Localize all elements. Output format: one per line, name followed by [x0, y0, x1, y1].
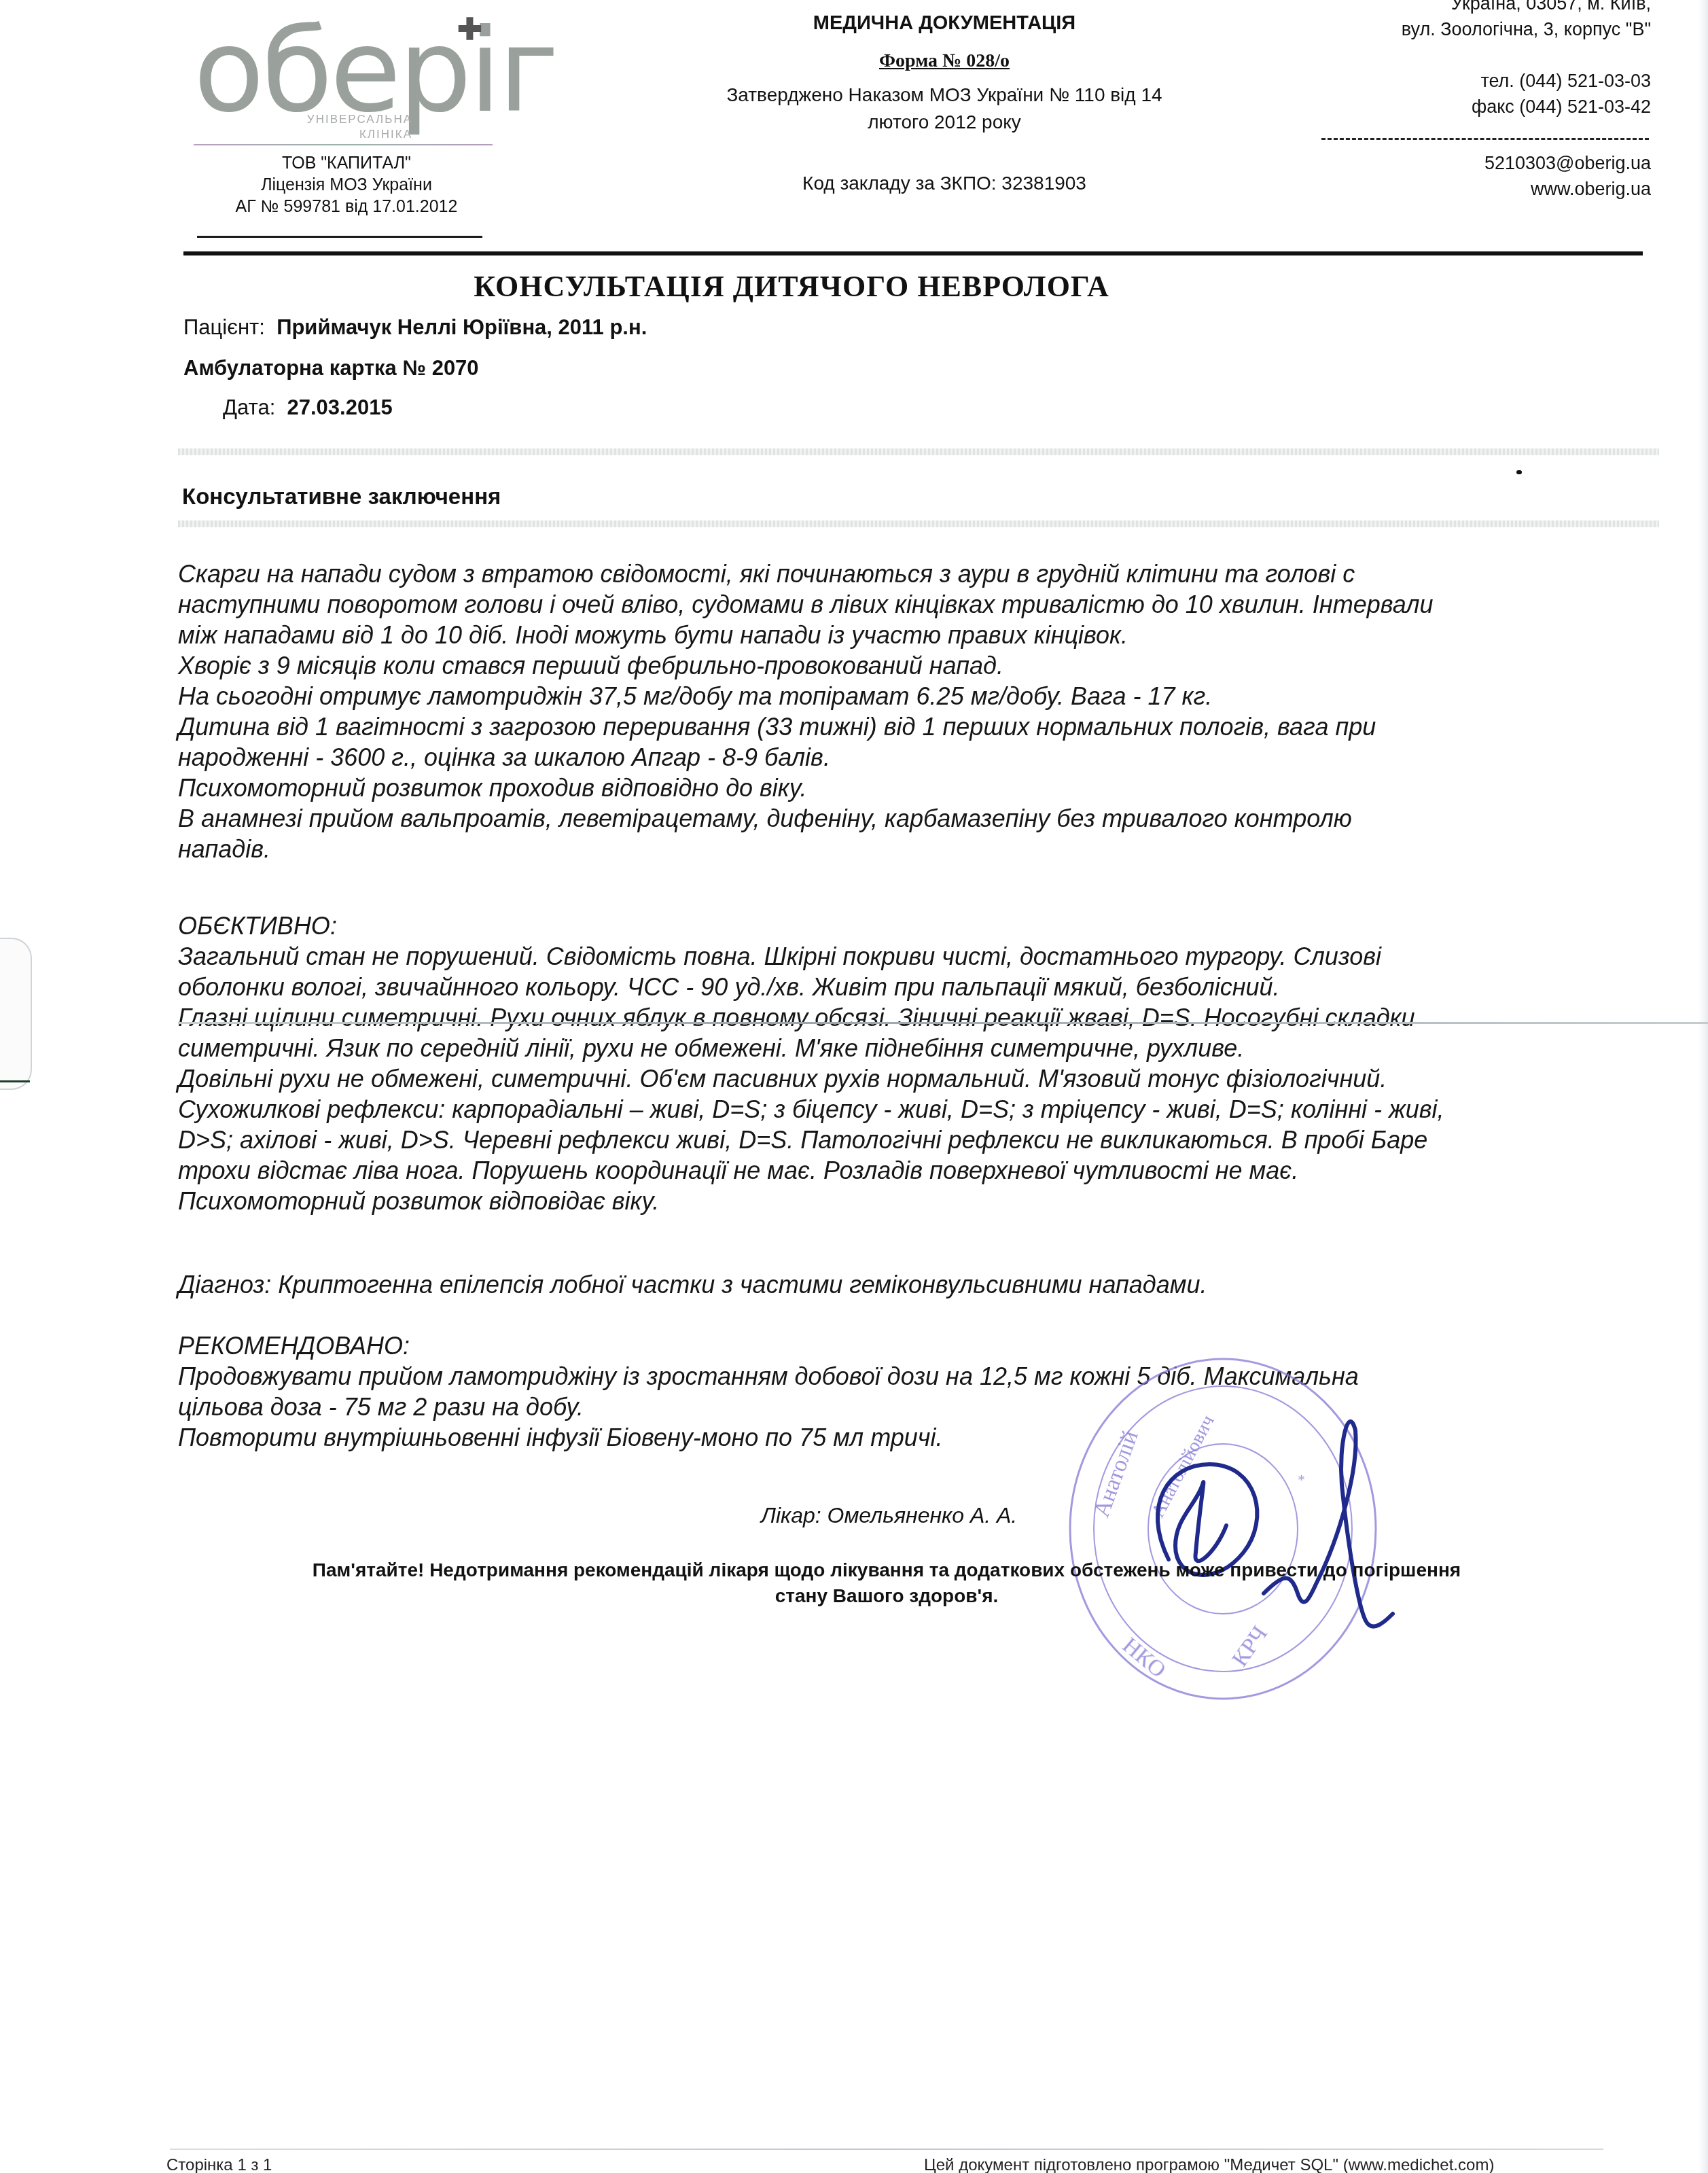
text-line: цільова доза - 75 мг 2 рази на добу. — [178, 1392, 1659, 1422]
logo-divider — [194, 144, 493, 145]
section-band-bottom — [178, 520, 1659, 527]
objective-heading: ОБЄКТИВНО: — [178, 911, 1659, 941]
logo-subtitle: УНІВЕРСАЛЬНА КЛІНІКА — [270, 112, 412, 142]
paper-fold-crease — [178, 1022, 1708, 1024]
recommendations-heading: РЕКОМЕНДОВАНО: — [178, 1330, 1659, 1361]
text-line: між нападами від 1 до 10 діб. Іноді можу… — [178, 620, 1659, 650]
diagnosis: Діагноз: Криптогенна епілепсія лобної ча… — [178, 1269, 1659, 1300]
approval-line1: Затверджено Наказом МОЗ України № 110 ві… — [639, 82, 1250, 109]
address-line1: Україна, 03057, м. Київ, — [1291, 0, 1651, 16]
text-line: Психомоторний розвиток відповідає віку. — [178, 1186, 1659, 1216]
text-line: наступними поворотом голови і очей вліво… — [178, 589, 1659, 620]
warning-notice: Пам'ятайте! Недотримання рекомендацій лі… — [183, 1557, 1590, 1609]
scan-speck — [1516, 470, 1522, 474]
company-info: ТОВ "КАПИТАЛ" Ліцензія МОЗ України АГ № … — [183, 152, 510, 217]
objective-section: ОБЄКТИВНО: Загальний стан не порушений. … — [178, 911, 1659, 1216]
phone-number: тел. (044) 521-03-03 — [1291, 68, 1651, 94]
clinic-contacts: Україна, 03057, м. Київ, вул. Зоологічна… — [1291, 0, 1651, 120]
header-divider — [183, 251, 1643, 255]
medical-cross-icon: ✚ — [457, 12, 482, 47]
text-line: Сухожилкові рефлекси: карпорадіальні – ж… — [178, 1094, 1659, 1125]
footer-divider — [170, 2149, 1603, 2150]
outpatient-card-number: Амбулаторна картка № 2070 — [183, 355, 479, 382]
scan-edge-line — [0, 1080, 30, 1082]
text-line: Дитина від 1 вагітності з загрозою перер… — [178, 711, 1659, 742]
text-line: Загальний стан не порушений. Свідомість … — [178, 941, 1659, 972]
text-line: В анамнезі прийом вальпроатів, леветірац… — [178, 803, 1659, 834]
form-header: МЕДИЧНА ДОКУМЕНТАЦІЯ Форма № 028/о Затве… — [639, 10, 1250, 197]
fax-number: факс (044) 521-03-42 — [1291, 94, 1651, 120]
company-license: Ліцензія МОЗ України — [183, 174, 510, 196]
company-license-number: АГ № 599781 від 17.01.2012 — [183, 196, 510, 217]
company-name: ТОВ "КАПИТАЛ" — [183, 152, 510, 174]
text-line: оболонки вологі, звичайнного кольору. ЧС… — [178, 972, 1659, 1002]
generated-by-note: Цей документ підготовлено програмою "Мед… — [924, 2155, 1494, 2173]
logo-subtitle-line1: УНІВЕРСАЛЬНА — [270, 112, 412, 127]
contacts-dashed-divider — [1321, 138, 1649, 140]
doctor-name: Лікар: Омельяненко А. А. — [761, 1502, 1017, 1529]
clinic-logo: oберіг ✚ УНІВЕРСАЛЬНА КЛІНІКА — [194, 0, 479, 146]
patient-label: Пацієнт: — [183, 315, 265, 339]
section-heading: Консультативне заключення — [182, 482, 501, 511]
approval-note: Затверджено Наказом МОЗ України № 110 ві… — [639, 82, 1250, 136]
email-link[interactable]: 5210303@oberig.ua — [1291, 150, 1651, 176]
patient-name: Приймачук Неллі Юріївна, 2011 р.н. — [277, 315, 647, 339]
text-line: На сьогодні отримує ламотриджін 37,5 мг/… — [178, 681, 1659, 711]
text-line: трохи відстає ліва нога. Порушень коорди… — [178, 1155, 1659, 1186]
warning-line1: Пам'ятайте! Недотримання рекомендацій лі… — [183, 1557, 1590, 1583]
text-line: D>S; ахілові - живі, D>S. Черевні рефлек… — [178, 1125, 1659, 1155]
text-line: народженні - 3600 г., оцінка за шкалою А… — [178, 742, 1659, 773]
text-line: нападів. — [178, 834, 1659, 864]
date-value: 27.03.2015 — [287, 395, 393, 419]
zkpo-code: Код закладу за ЗКПО: 32381903 — [639, 170, 1250, 197]
date-label: Дата: — [223, 395, 275, 419]
scan-right-edge — [1698, 0, 1708, 2173]
medical-documentation-label: МЕДИЧНА ДОКУМЕНТАЦІЯ — [639, 10, 1250, 37]
complaints-anamnesis: Скарги на напади судом з втратою свідомо… — [178, 559, 1659, 864]
company-divider — [197, 236, 482, 238]
approval-line2: лютого 2012 року — [639, 109, 1250, 136]
svg-text:*: * — [1298, 1471, 1305, 1488]
text-line: Продовжувати прийом ламотриджіну із зрос… — [178, 1361, 1659, 1392]
text-line: Глазні щілини симетричні. Рухи очних ябл… — [178, 1002, 1659, 1033]
document-title: КОНСУЛЬТАЦІЯ ДИТЯЧОГО НЕВРОЛОГА — [183, 266, 1400, 307]
address-line2: вул. Зоологічна, 3, корпус "В" — [1291, 16, 1651, 42]
date-row: Дата: 27.03.2015 — [223, 394, 393, 421]
section-band-top — [178, 448, 1659, 455]
website-link[interactable]: www.oberig.ua — [1291, 176, 1651, 202]
text-line: Довільні рухи не обмежені, симетричні. О… — [178, 1063, 1659, 1094]
logo-subtitle-line2: КЛІНІКА — [270, 127, 412, 142]
text-line: Хворіє з 9 місяців коли стався перший фе… — [178, 650, 1659, 681]
page-number: Сторінка 1 з 1 — [166, 2155, 272, 2173]
clinic-online-contacts: 5210303@oberig.ua www.oberig.ua — [1291, 150, 1651, 202]
svg-text:НКО: НКО — [1118, 1633, 1171, 1683]
text-line: Повторити внутрішньовенні інфузії Біовен… — [178, 1422, 1659, 1453]
patient-row: Пацієнт: Приймачук Неллі Юріївна, 2011 р… — [183, 314, 647, 341]
recommendations-section: РЕКОМЕНДОВАНО: Продовжувати прийом ламот… — [178, 1330, 1659, 1453]
text-line: симетричні. Язик по середній лінії, рухи… — [178, 1033, 1659, 1063]
scan-edge-artifact — [0, 938, 32, 1090]
form-number: Форма № 028/о — [639, 49, 1250, 73]
warning-line2: стану Вашого здоров'я. — [183, 1583, 1590, 1609]
svg-text:КРЧ: КРЧ — [1227, 1621, 1273, 1671]
text-line: Скарги на напади судом з втратою свідомо… — [178, 559, 1659, 589]
text-line: Психомоторний розвиток проходив відповід… — [178, 773, 1659, 803]
